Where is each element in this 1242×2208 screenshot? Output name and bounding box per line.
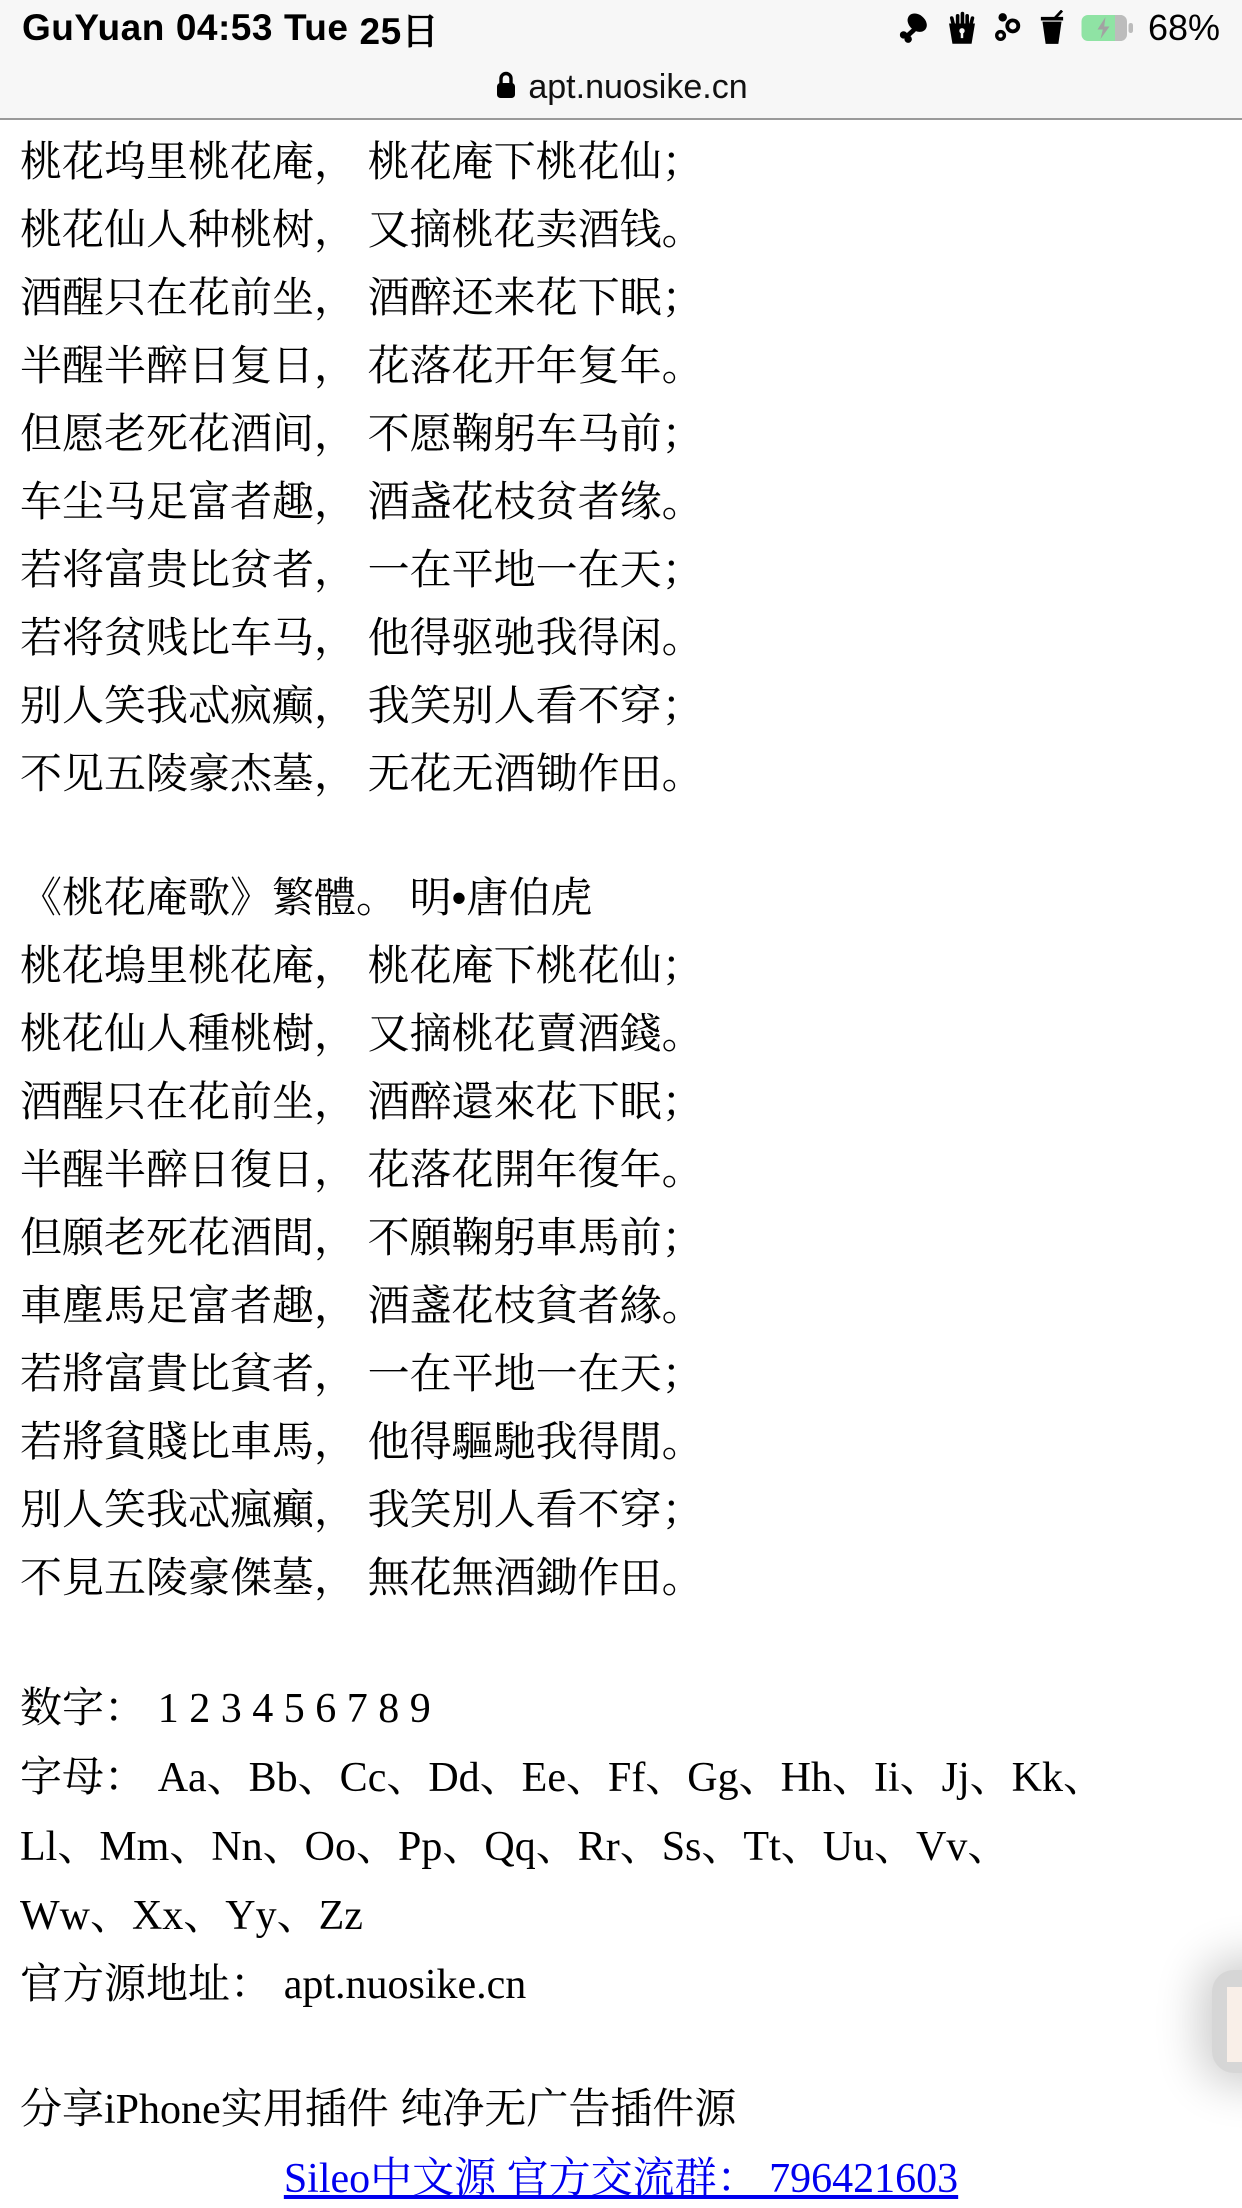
poem-line: 半醒半醉日復日， 花落花開年復年。 — [20, 1136, 1222, 1204]
drumstick-icon — [897, 11, 931, 45]
poem-line: 不見五陵豪傑墓， 無花無酒鋤作田。 — [20, 1544, 1222, 1612]
letters-line: 字母： Aa、Bb、Cc、Dd、Ee、Ff、Gg、Hh、Ii、Jj、Kk、Ll、… — [20, 1743, 1120, 1950]
poem-line: 但愿老死花酒间， 不愿鞠躬车马前； — [20, 400, 1222, 468]
letters-label: 字母： — [20, 1753, 146, 1800]
status-left-group: GuYuan 04:53 Tue 25日 — [22, 1, 439, 55]
section-gap — [20, 808, 1222, 864]
poem-traditional-header: 《桃花庵歌》繁體。 明•唐伯虎 — [20, 864, 1222, 932]
sileo-link-line: Sileo中文源 官方交流群： 796421603 — [20, 2144, 1222, 2208]
clock-label: 04:53 — [176, 7, 273, 49]
source-value: apt.nuosike.cn — [284, 1962, 527, 2008]
fries-icon — [944, 10, 980, 46]
share-pre: 分享 — [20, 2085, 104, 2132]
poem-line: 車塵馬足富者趣， 酒盞花枝貧者緣。 — [20, 1272, 1222, 1340]
poem-line: 桃花仙人种桃树， 又摘桃花卖酒钱。 — [20, 196, 1222, 264]
section-gap — [20, 1612, 1222, 1674]
share-post: 实用插件 纯净无广告插件源 — [221, 2085, 737, 2132]
poem-line: 车尘马足富者趣， 酒盏花枝贫者缘。 — [20, 468, 1222, 536]
letters-value: Aa、Bb、Cc、Dd、Ee、Ff、Gg、Hh、Ii、Jj、Kk、Ll、Mm、N… — [20, 1755, 1105, 1939]
poem-line: 桃花仙人種桃樹， 又摘桃花賣酒錢。 — [20, 1000, 1222, 1068]
status-bar: GuYuan 04:53 Tue 25日 — [0, 0, 1242, 56]
floating-widget-preview — [1227, 1987, 1242, 2062]
share-brand: iPhone — [104, 2087, 221, 2133]
carrier-label: GuYuan — [22, 7, 165, 49]
poem-line: 但願老死花酒間， 不願鞠躬車馬前； — [20, 1204, 1222, 1272]
section-gap — [20, 2019, 1222, 2075]
drink-cup-icon — [1036, 10, 1068, 46]
poem-line: 若将贫贱比车马， 他得驱驰我得闲。 — [20, 604, 1222, 672]
url-domain-label[interactable]: apt.nuosike.cn — [528, 68, 747, 107]
status-right-group: 68% — [897, 7, 1220, 49]
floating-widget-button[interactable] — [1212, 1970, 1242, 2073]
poem-line: 酒醒只在花前坐， 酒醉還來花下眠； — [20, 1068, 1222, 1136]
battery-percent-label: 68% — [1148, 7, 1220, 49]
poem-line: 半醒半醉日复日， 花落花开年复年。 — [20, 332, 1222, 400]
battery-indicator — [1081, 13, 1133, 43]
numbers-label: 数字： — [20, 1684, 146, 1731]
poem-traditional-block: 《桃花庵歌》繁體。 明•唐伯虎 桃花塢里桃花庵， 桃花庵下桃花仙； 桃花仙人種桃… — [20, 864, 1222, 1612]
poem-line: 若將富貴比貧者， 一在平地一在天； — [20, 1340, 1222, 1408]
bubbles-icon — [993, 11, 1023, 45]
poem-line: 別人笑我忒瘋癲， 我笑別人看不穿； — [20, 1476, 1222, 1544]
footer-block: 分享iPhone实用插件 纯净无广告插件源 Sileo中文源 官方交流群： 79… — [20, 2075, 1222, 2208]
source-line: 官方源地址： apt.nuosike.cn — [20, 1950, 1222, 2019]
url-bar[interactable]: apt.nuosike.cn — [0, 56, 1242, 120]
poem-line: 桃花塢里桃花庵， 桃花庵下桃花仙； — [20, 932, 1222, 1000]
poem-line: 酒醒只在花前坐， 酒醉还来花下眠； — [20, 264, 1222, 332]
numbers-line: 数字： 1 2 3 4 5 6 7 8 9 — [20, 1674, 1222, 1743]
date-label: 25日 — [360, 1, 440, 55]
poem-line: 不见五陵豪杰墓， 无花无酒锄作田。 — [20, 740, 1222, 808]
samples-block: 数字： 1 2 3 4 5 6 7 8 9 字母： Aa、Bb、Cc、Dd、Ee… — [20, 1674, 1222, 2019]
poem-simplified-block: 桃花坞里桃花庵， 桃花庵下桃花仙； 桃花仙人种桃树， 又摘桃花卖酒钱。 酒醒只在… — [20, 128, 1222, 808]
source-label: 官方源地址： — [20, 1960, 272, 2007]
poem-line: 别人笑我忒疯癫， 我笑别人看不穿； — [20, 672, 1222, 740]
page-content: 桃花坞里桃花庵， 桃花庵下桃花仙； 桃花仙人种桃树， 又摘桃花卖酒钱。 酒醒只在… — [0, 120, 1242, 2208]
poem-line: 桃花坞里桃花庵， 桃花庵下桃花仙； — [20, 128, 1222, 196]
numbers-value: 1 2 3 4 5 6 7 8 9 — [158, 1686, 431, 1732]
poem-line: 若將貧賤比車馬， 他得驅馳我得閒。 — [20, 1408, 1222, 1476]
share-text: 分享iPhone实用插件 纯净无广告插件源 — [20, 2075, 1222, 2144]
lock-icon — [494, 70, 518, 105]
sileo-group-link[interactable]: Sileo中文源 官方交流群： 796421603 — [284, 2156, 958, 2202]
weekday-label: Tue — [284, 7, 349, 49]
poem-line: 若将富贵比贫者， 一在平地一在天； — [20, 536, 1222, 604]
